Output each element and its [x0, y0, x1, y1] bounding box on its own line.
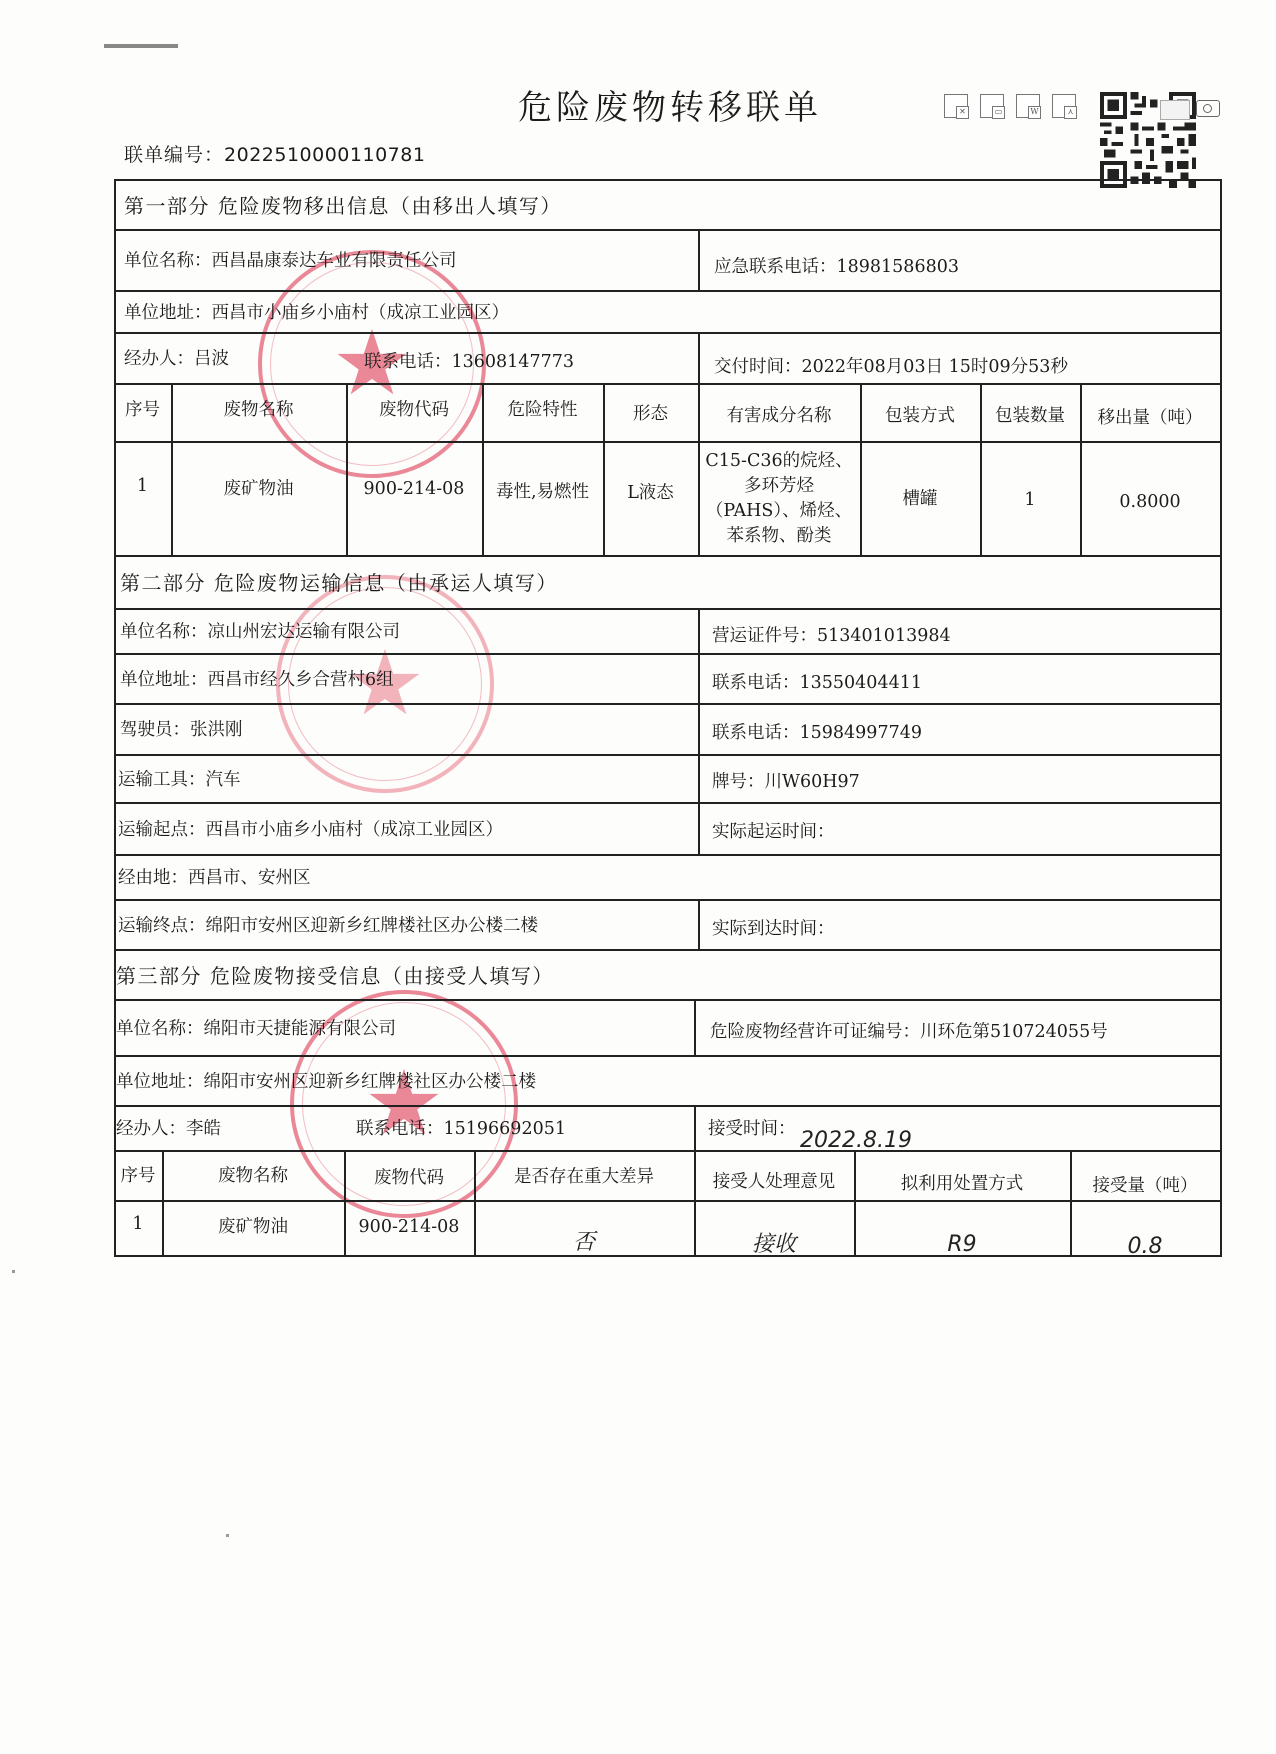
p3-col-discrepancy: 是否存在重大差异 [474, 1150, 694, 1200]
mail-icon [1160, 100, 1190, 120]
scan-artifact [12, 1270, 15, 1273]
p1-row-amount: 0.8000 [1080, 441, 1220, 563]
p1-row-harmful: C15-C36的烷烃、多环芳烃（PAHS）、烯烃、苯系物、酚类 [701, 444, 857, 554]
part2-destination: 运输终点：绵阳市安州区迎新乡红牌楼社区办公楼二楼 [118, 899, 538, 949]
document-title: 危险废物转移联单 [0, 80, 1276, 129]
p3-row-waste-code: 900-214-08 [344, 1200, 474, 1254]
part3-receive-time-label: 接受时间： [708, 1105, 796, 1150]
camera-icon [1196, 100, 1220, 117]
part2-via: 经由地：西昌市、安州区 [118, 854, 311, 899]
p1-row-index: 1 [114, 441, 171, 531]
p3-col-waste-code: 废物代码 [344, 1150, 474, 1202]
part2-unit-address: 单位地址：西昌市经久乡合营村6组 [120, 653, 394, 703]
p1-row-form: L液态 [603, 441, 698, 541]
part1-unit-address: 单位地址：西昌市小庙乡小庙村（成凉工业园区） [124, 290, 509, 332]
part3-unit-address: 单位地址：绵阳市安州区迎新乡红牌楼社区办公楼二楼 [116, 1055, 536, 1105]
part3-handler: 经办人：李皓 [116, 1105, 221, 1150]
p3-row-discrepancy: 否 [474, 1212, 694, 1268]
form-number-value: 2022510000110781 [224, 144, 425, 166]
part2-header: 第二部分 危险废物运输信息（由承运人填写） [120, 555, 558, 608]
part1-emergency-phone: 应急联系电话：18981586803 [714, 235, 959, 296]
p1-col-hazard: 危险特性 [482, 383, 603, 433]
p1-col-form: 形态 [603, 383, 698, 441]
p3-col-index: 序号 [114, 1150, 162, 1198]
p3-col-disposal: 拟利用处置方式 [854, 1154, 1070, 1210]
part1-unit-name: 单位名称：西昌晶康泰达车业有限责任公司 [124, 229, 457, 290]
scan-artifact [104, 44, 178, 48]
image-export-icon[interactable]: W [1016, 94, 1040, 118]
part2-actual-departure: 实际起运时间： [712, 804, 835, 856]
p3-row-waste-name: 废矿物油 [162, 1200, 344, 1250]
scan-artifact [226, 1534, 229, 1537]
form-number-label: 联单编号： [124, 144, 224, 166]
p1-col-harmful: 有害成分名称 [698, 385, 860, 443]
p1-row-packaging: 槽罐 [860, 441, 980, 553]
p1-row-hazard: 毒性,易燃性 [482, 441, 603, 539]
part1-delivery-time: 交付时间：2022年08月03日 15时09分53秒 [714, 340, 1068, 391]
p1-col-waste-name: 废物名称 [171, 383, 346, 433]
p1-col-index: 序号 [114, 383, 171, 433]
form-number: 联单编号：2022510000110781 [124, 140, 425, 167]
p3-row-received-amount: 0.8 [1070, 1218, 1220, 1274]
p3-row-disposal: R9 [854, 1216, 1070, 1272]
word-export-icon[interactable]: ▭ [980, 94, 1004, 118]
p3-row-opinion: 接收 [694, 1214, 854, 1270]
p3-col-received-amount: 接受量（吨） [1070, 1156, 1220, 1212]
part2-license-no: 营运证件号：513401013984 [712, 612, 951, 657]
p3-col-waste-name: 废物名称 [162, 1150, 344, 1198]
part2-contact-phone-2: 联系电话：15984997749 [712, 706, 922, 757]
p1-col-amount: 移出量（吨） [1080, 387, 1220, 445]
p3-col-opinion: 接受人处理意见 [694, 1152, 854, 1208]
p1-col-pack-qty: 包装数量 [980, 385, 1080, 443]
part1-handler: 经办人：吕波 [124, 332, 229, 383]
p1-col-packaging: 包装方式 [860, 385, 980, 443]
part1-contact-phone: 联系电话：13608147773 [364, 335, 574, 386]
p1-col-waste-code: 废物代码 [346, 383, 482, 433]
part2-origin: 运输起点：西昌市小庙乡小庙村（成凉工业园区） [118, 802, 503, 854]
part2-unit-name: 单位名称：凉山州宏达运输有限公司 [120, 608, 400, 653]
part2-actual-arrival: 实际到达时间： [712, 902, 835, 952]
p1-row-waste-name: 废矿物油 [171, 441, 346, 533]
pdf-export-icon[interactable]: ⋏ [1052, 94, 1076, 118]
part2-vehicle: 运输工具：汽车 [118, 754, 241, 802]
part2-driver: 驾驶员：张洪刚 [120, 703, 243, 754]
part3-unit-name: 单位名称：绵阳市天捷能源有限公司 [116, 999, 396, 1055]
p1-row-waste-code: 900-214-08 [346, 441, 482, 537]
part1-header: 第一部分 危险废物移出信息（由移出人填写） [124, 179, 562, 229]
p3-row-index: 1 [114, 1200, 162, 1248]
part3-header: 第三部分 危险废物接受信息（由接受人填写） [116, 949, 554, 999]
p1-row-pack-qty: 1 [980, 441, 1080, 559]
part3-contact-phone: 联系电话：15196692051 [356, 1105, 566, 1150]
export-toolbar: ✕ ▭ W ⋏ [944, 94, 1076, 118]
part2-contact-phone-1: 联系电话：13550404411 [712, 656, 922, 706]
part2-plate: 牌号：川W60H97 [712, 756, 860, 804]
part3-permit-no: 危险废物经营许可证编号：川环危第510724055号 [710, 1002, 1108, 1058]
excel-export-icon[interactable]: ✕ [944, 94, 968, 118]
